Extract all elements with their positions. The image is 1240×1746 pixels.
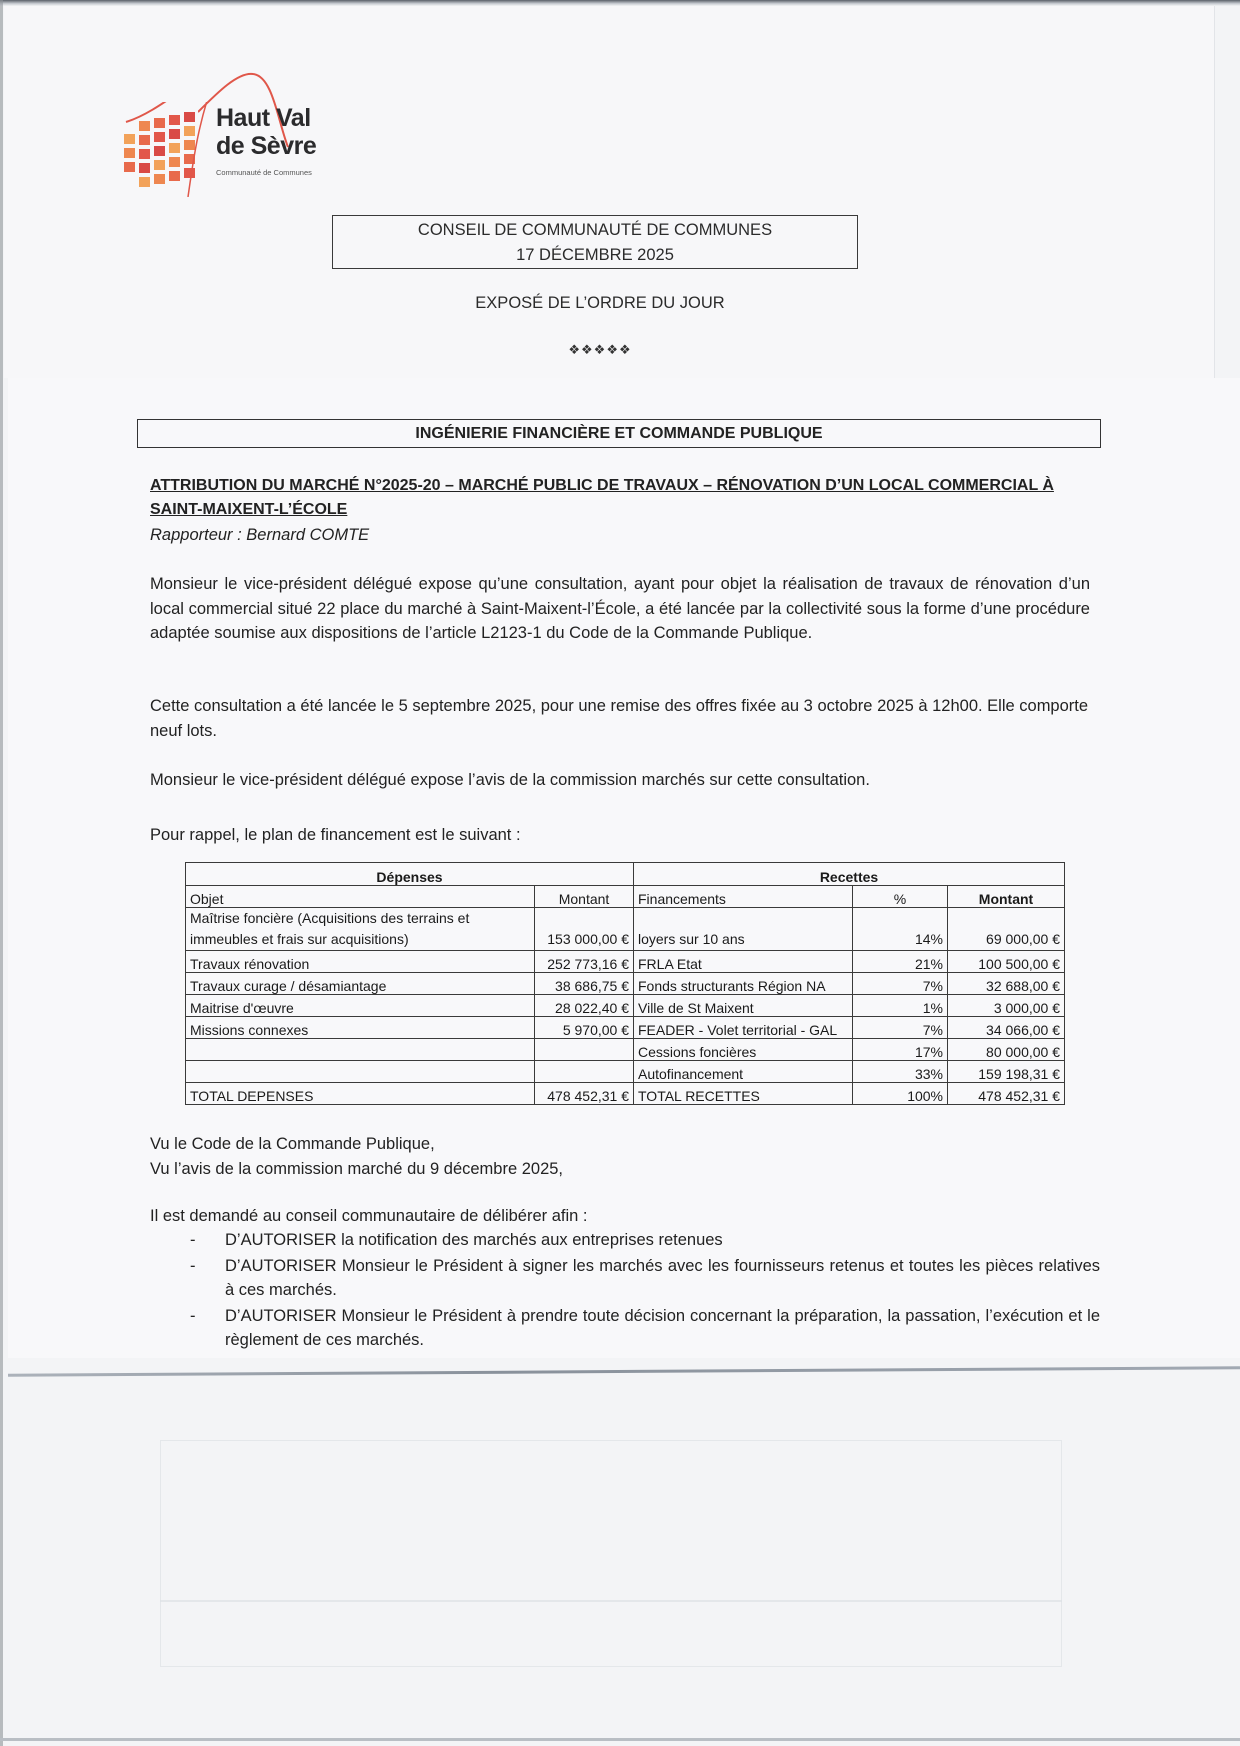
cell-financement: Ville de St Maixent bbox=[634, 995, 853, 1017]
table-row: Travaux rénovation252 773,16 €FRLA Etat2… bbox=[186, 951, 1065, 973]
cell-financement: loyers sur 10 ans bbox=[634, 908, 853, 951]
cell-montant-depenses: 5 970,00 € bbox=[535, 1017, 634, 1039]
total-recettes-value: 478 452,31 € bbox=[948, 1083, 1065, 1105]
decision-list: D’AUTORISER la notification des marchés … bbox=[150, 1228, 1100, 1354]
cell-montant-recettes: 3 000,00 € bbox=[948, 995, 1065, 1017]
cell-montant-depenses bbox=[535, 1039, 634, 1061]
cell-percent: 1% bbox=[853, 995, 948, 1017]
paragraph-commission: Monsieur le vice-président délégué expos… bbox=[150, 768, 1090, 793]
item-title: ATTRIBUTION DU MARCHÉ N°2025-20 – MARCHÉ… bbox=[150, 474, 1090, 522]
agenda-title: EXPOSÉ DE L’ORDRE DU JOUR bbox=[0, 294, 1200, 313]
cell-percent: 7% bbox=[853, 973, 948, 995]
paragraph-financing-intro: Pour rappel, le plan de financement est … bbox=[150, 823, 1090, 848]
cell-objet: Maitrise d'œuvre bbox=[186, 995, 535, 1017]
col-objet: Objet bbox=[186, 886, 535, 908]
total-depenses-value: 478 452,31 € bbox=[535, 1083, 634, 1105]
ornament-divider: ❖❖❖❖❖ bbox=[0, 342, 1200, 358]
total-depenses-label: TOTAL DEPENSES bbox=[186, 1083, 535, 1105]
cell-objet bbox=[186, 1061, 535, 1083]
cell-montant-recettes: 80 000,00 € bbox=[948, 1039, 1065, 1061]
cell-montant-recettes: 159 198,31 € bbox=[948, 1061, 1065, 1083]
cell-financement: FRLA Etat bbox=[634, 951, 853, 973]
table-row: Autofinancement33%159 198,31 € bbox=[186, 1061, 1065, 1083]
table-row: Maîtrise foncière (Acquisitions des terr… bbox=[186, 908, 1065, 951]
cell-montant-depenses: 38 686,75 € bbox=[535, 973, 634, 995]
cell-objet: Missions connexes bbox=[186, 1017, 535, 1039]
cell-montant-recettes: 69 000,00 € bbox=[948, 908, 1065, 951]
recettes-header: Recettes bbox=[634, 863, 1065, 886]
bleed-through-table bbox=[160, 1440, 1062, 1602]
depenses-header: Dépenses bbox=[186, 863, 634, 886]
decision-item: D’AUTORISER Monsieur le Président à pren… bbox=[150, 1304, 1100, 1352]
bleed-through-table bbox=[160, 1600, 1062, 1667]
cell-percent: 7% bbox=[853, 1017, 948, 1039]
paragraph-deliberation: Il est demandé au conseil communautaire … bbox=[150, 1204, 1090, 1229]
col-montant-recettes: Montant bbox=[948, 886, 1065, 908]
scan-left-edge bbox=[0, 0, 3, 1746]
cell-objet: Maîtrise foncière (Acquisitions des terr… bbox=[186, 908, 535, 951]
col-montant-depenses: Montant bbox=[535, 886, 634, 908]
council-name: CONSEIL DE COMMUNAUTÉ DE COMMUNES bbox=[333, 218, 857, 243]
table-total-row: TOTAL DEPENSES478 452,31 €TOTAL RECETTES… bbox=[186, 1083, 1065, 1105]
col-percent: % bbox=[853, 886, 948, 908]
decision-item: D’AUTORISER Monsieur le Président à sign… bbox=[150, 1254, 1100, 1302]
cell-percent: 17% bbox=[853, 1039, 948, 1061]
financing-table: Dépenses Recettes Objet Montant Financem… bbox=[185, 862, 1065, 1105]
cell-montant-recettes: 34 066,00 € bbox=[948, 1017, 1065, 1039]
cell-objet: Travaux curage / désamiantage bbox=[186, 973, 535, 995]
cell-montant-recettes: 32 688,00 € bbox=[948, 973, 1065, 995]
rapporteur: Rapporteur : Bernard COMTE bbox=[150, 523, 1090, 548]
paragraph-vu: Vu le Code de la Commande Publique, Vu l… bbox=[150, 1132, 1090, 1181]
cell-financement: Fonds structurants Région NA bbox=[634, 973, 853, 995]
cell-percent: 33% bbox=[853, 1061, 948, 1083]
total-percent: 100% bbox=[853, 1083, 948, 1105]
cell-montant-depenses: 252 773,16 € bbox=[535, 951, 634, 973]
cell-montant-depenses: 153 000,00 € bbox=[535, 908, 634, 951]
logo: Haut Val de Sèvre Communauté de Communes bbox=[118, 72, 338, 192]
cell-financement: Autofinancement bbox=[634, 1061, 853, 1083]
table-row: Travaux curage / désamiantage38 686,75 €… bbox=[186, 973, 1065, 995]
cell-montant-recettes: 100 500,00 € bbox=[948, 951, 1065, 973]
col-financements: Financements bbox=[634, 886, 853, 908]
table-row: Cessions foncières17%80 000,00 € bbox=[186, 1039, 1065, 1061]
cell-percent: 21% bbox=[853, 951, 948, 973]
cell-financement: Cessions foncières bbox=[634, 1039, 853, 1061]
table-row: Maitrise d'œuvre28 022,40 €Ville de St M… bbox=[186, 995, 1065, 1017]
cell-objet bbox=[186, 1039, 535, 1061]
paragraph-dates: Cette consultation a été lancée le 5 sep… bbox=[150, 694, 1090, 743]
scan-bottom-edge bbox=[0, 1738, 1240, 1741]
section-title: INGÉNIERIE FINANCIÈRE ET COMMANDE PUBLIQ… bbox=[137, 419, 1101, 448]
paragraph-consultation: Monsieur le vice-président délégué expos… bbox=[150, 572, 1090, 646]
council-header-box: CONSEIL DE COMMUNAUTÉ DE COMMUNES 17 DÉC… bbox=[332, 215, 858, 269]
page-tear-edge bbox=[8, 1366, 1240, 1377]
cell-percent: 14% bbox=[853, 908, 948, 951]
cell-financement: FEADER - Volet territorial - GAL bbox=[634, 1017, 853, 1039]
cell-montant-depenses: 28 022,40 € bbox=[535, 995, 634, 1017]
table-row: Missions connexes5 970,00 €FEADER - Vole… bbox=[186, 1017, 1065, 1039]
logo-subtitle: Communauté de Communes bbox=[216, 168, 312, 177]
decision-item: D’AUTORISER la notification des marchés … bbox=[150, 1228, 1100, 1252]
cell-objet: Travaux rénovation bbox=[186, 951, 535, 973]
total-recettes-label: TOTAL RECETTES bbox=[634, 1083, 853, 1105]
logo-title: Haut Val de Sèvre bbox=[216, 104, 316, 160]
council-date: 17 DÉCEMBRE 2025 bbox=[333, 243, 857, 268]
cell-montant-depenses bbox=[535, 1061, 634, 1083]
